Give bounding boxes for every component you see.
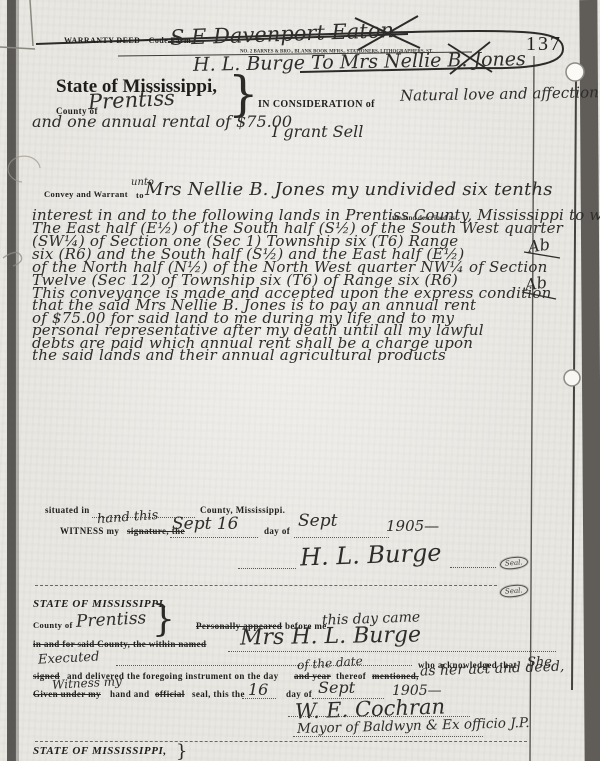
pre-signature-dash xyxy=(238,568,296,569)
ack-mid-blank-line xyxy=(116,665,412,666)
post-signature-dash xyxy=(450,567,496,568)
deed-body-line: Mrs Nellie B. Jones my undivided six ten… xyxy=(145,181,565,199)
deed-body-line: the said lands and their annual agricult… xyxy=(32,348,547,363)
footer-divider-rule xyxy=(35,741,527,742)
seal-ornament: Seal. xyxy=(500,584,528,598)
hw-witness-year: 1905— xyxy=(386,517,439,535)
seal-stamp: Seal. xyxy=(500,550,528,569)
witness-day-blank xyxy=(170,537,258,538)
hw-rental: and one annual rental of $75.00 xyxy=(32,112,292,131)
ack-county-name: Prentiss xyxy=(76,608,147,632)
struck-in-and-for-county: in and for said County, the within named xyxy=(33,639,206,649)
day-of-label: day of xyxy=(264,526,290,536)
ack-day-blank xyxy=(242,698,276,699)
printed-seal-this-the: seal, this the xyxy=(192,689,245,699)
witness-month-blank xyxy=(294,537,389,538)
hw-grant-sell: I grant Sell xyxy=(272,122,363,141)
hw-ack-day: 16 xyxy=(248,680,268,699)
printed-to: to xyxy=(136,190,144,200)
ack-county-label: County of xyxy=(33,620,73,630)
left-binding-fray xyxy=(15,0,19,761)
appearer-name-line xyxy=(228,651,556,652)
county-name-top: Prentiss xyxy=(87,86,175,115)
hw-executed: Executed xyxy=(38,649,100,667)
ack-state-heading: STATE OF MISSISSIPPI, xyxy=(33,598,167,610)
consideration-label: IN CONSIDERATION of xyxy=(258,99,375,110)
ack-brace: } xyxy=(152,602,175,638)
footer-state-heading: STATE OF MISSISSIPPI, xyxy=(33,745,167,757)
ack-day-of-label: day of xyxy=(286,689,312,699)
struck-given-under-my: Given under my xyxy=(33,689,101,699)
left-binding-strip xyxy=(7,0,16,761)
margin-note: Ab xyxy=(527,235,551,257)
seal-stamp: Seal. xyxy=(500,578,528,597)
pin-fastener-head-top xyxy=(566,63,584,81)
witness-my-label: WITNESS my xyxy=(60,526,119,536)
pin-fastener-head-mid xyxy=(564,370,580,386)
hw-witness-day: Sept 16 xyxy=(172,514,238,534)
hw-witness-month: Sept xyxy=(298,511,337,531)
officer-title-line xyxy=(293,736,483,737)
hw-ack-month: Sept xyxy=(318,678,355,697)
struck-mentioned: mentioned, xyxy=(372,671,419,681)
hw-appearer-name: Mrs H. L. Burge xyxy=(240,622,421,650)
printed-convey-warrant: Convey and Warrant xyxy=(44,189,128,199)
margin-note: Ab xyxy=(524,273,548,295)
situated-in-label: situated in xyxy=(45,505,90,515)
grantor-signature: H. L. Burge xyxy=(300,539,442,572)
right-page-edge xyxy=(579,0,600,761)
footer-brace: } xyxy=(176,743,187,761)
struck-official: official xyxy=(155,689,185,699)
opening-brace: } xyxy=(228,70,259,118)
hw-consideration: Natural love and affection xyxy=(400,83,599,104)
scanned-deed-page: WARRANTY DEED—Code Farm. S E Davenport E… xyxy=(0,0,600,761)
seal-ornament: Seal. xyxy=(500,556,528,570)
page-number: 137 xyxy=(526,33,562,56)
printed-hand-and: hand and xyxy=(110,689,149,699)
section-divider-rule xyxy=(35,585,497,586)
